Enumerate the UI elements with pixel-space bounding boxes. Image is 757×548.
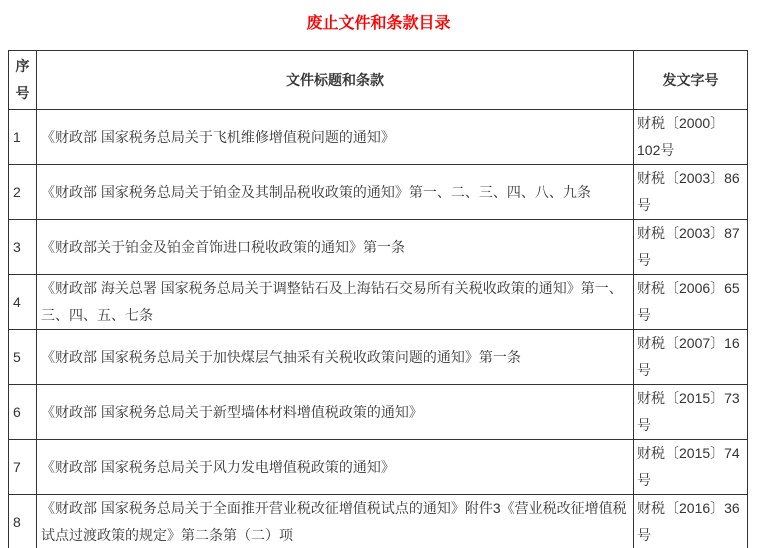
page-title: 废止文件和条款目录 bbox=[0, 14, 757, 34]
row-document-number: 财税〔2003〕86号 bbox=[634, 165, 748, 220]
table-row: 3 《财政部关于铂金及铂金首饰进口税收政策的通知》第一条 财税〔2003〕87号 bbox=[9, 220, 748, 275]
row-document-number: 财税〔2007〕16号 bbox=[634, 330, 748, 385]
row-serial-number: 4 bbox=[9, 275, 37, 330]
row-document-number: 财税〔2000〕102号 bbox=[634, 110, 748, 165]
table-row: 2 《财政部 国家税务总局关于铂金及其制品税收政策的通知》第一、二、三、四、八、… bbox=[9, 165, 748, 220]
row-serial-number: 5 bbox=[9, 330, 37, 385]
row-serial-number: 6 bbox=[9, 385, 37, 440]
table-row: 8 《财政部 国家税务总局关于全面推开营业税改征增值税试点的通知》附件3《营业税… bbox=[9, 495, 748, 548]
header-document-number: 发文字号 bbox=[634, 51, 748, 110]
row-document-title: 《财政部 国家税务总局关于风力发电增值税政策的通知》 bbox=[37, 440, 634, 495]
row-document-number: 财税〔2015〕74号 bbox=[634, 440, 748, 495]
row-serial-number: 2 bbox=[9, 165, 37, 220]
row-document-number: 财税〔2016〕36号 bbox=[634, 495, 748, 548]
header-serial-number: 序号 bbox=[9, 51, 37, 110]
document-page: 废止文件和条款目录 序号 文件标题和条款 发文字号 1 《财政部 国家税务总局关… bbox=[0, 14, 757, 548]
row-serial-number: 7 bbox=[9, 440, 37, 495]
table-row: 7 《财政部 国家税务总局关于风力发电增值税政策的通知》 财税〔2015〕74号 bbox=[9, 440, 748, 495]
table-row: 4 《财政部 海关总署 国家税务总局关于调整钻石及上海钻石交易所有关税收政策的通… bbox=[9, 275, 748, 330]
table-row: 6 《财政部 国家税务总局关于新型墙体材料增值税政策的通知》 财税〔2015〕7… bbox=[9, 385, 748, 440]
row-document-title: 《财政部 国家税务总局关于铂金及其制品税收政策的通知》第一、二、三、四、八、九条 bbox=[37, 165, 634, 220]
row-document-title: 《财政部关于铂金及铂金首饰进口税收政策的通知》第一条 bbox=[37, 220, 634, 275]
row-document-title: 《财政部 国家税务总局关于加快煤层气抽采有关税收政策问题的通知》第一条 bbox=[37, 330, 634, 385]
row-document-number: 财税〔2003〕87号 bbox=[634, 220, 748, 275]
row-document-title: 《财政部 国家税务总局关于全面推开营业税改征增值税试点的通知》附件3《营业税改征… bbox=[37, 495, 634, 548]
table-row: 1 《财政部 国家税务总局关于飞机维修增值税问题的通知》 财税〔2000〕102… bbox=[9, 110, 748, 165]
row-serial-number: 1 bbox=[9, 110, 37, 165]
table-row: 5 《财政部 国家税务总局关于加快煤层气抽采有关税收政策问题的通知》第一条 财税… bbox=[9, 330, 748, 385]
row-document-number: 财税〔2006〕65号 bbox=[634, 275, 748, 330]
header-document-title: 文件标题和条款 bbox=[37, 51, 634, 110]
row-document-title: 《财政部 国家税务总局关于飞机维修增值税问题的通知》 bbox=[37, 110, 634, 165]
row-document-number: 财税〔2015〕73号 bbox=[634, 385, 748, 440]
row-document-title: 《财政部 海关总署 国家税务总局关于调整钻石及上海钻石交易所有关税收政策的通知》… bbox=[37, 275, 634, 330]
repealed-documents-table: 序号 文件标题和条款 发文字号 1 《财政部 国家税务总局关于飞机维修增值税问题… bbox=[8, 50, 748, 548]
row-serial-number: 3 bbox=[9, 220, 37, 275]
table-header-row: 序号 文件标题和条款 发文字号 bbox=[9, 51, 748, 110]
row-document-title: 《财政部 国家税务总局关于新型墙体材料增值税政策的通知》 bbox=[37, 385, 634, 440]
row-serial-number: 8 bbox=[9, 495, 37, 548]
